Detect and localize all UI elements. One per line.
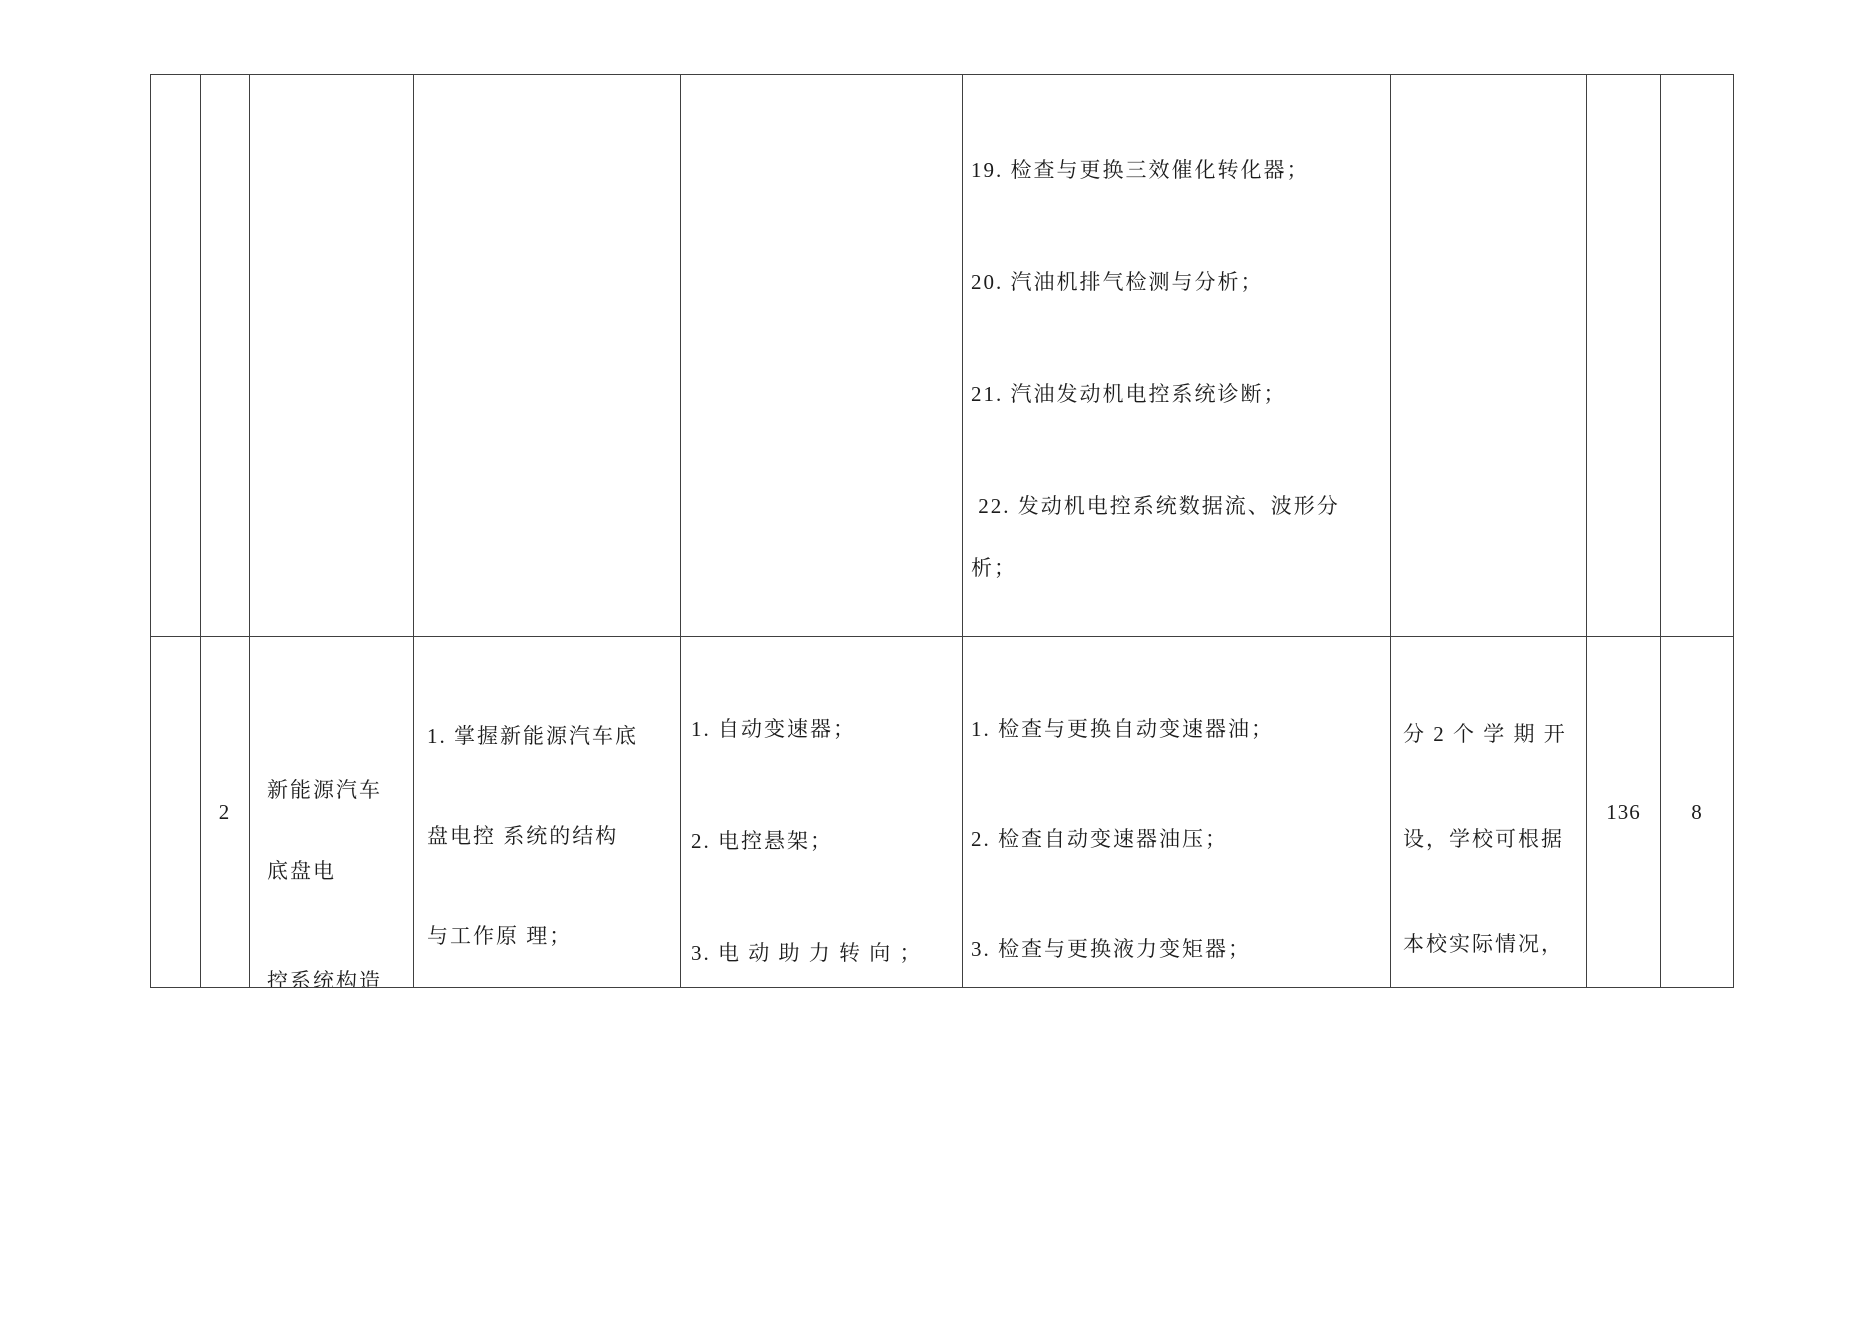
r2-objectives-cell: 1. 掌握新能源汽车底 盘电控 系统的结构 与工作原 理； 2. 掌握新能源汽车… [414,637,681,988]
r2-empty-col0 [151,637,201,988]
r2-course-name-cell: 新能源汽车 底盘电 控系统构造 与维修 [250,637,414,988]
content-item: 1. 自动变速器； [691,709,956,749]
credits-value: 8 [1691,800,1703,825]
semester-note-line: 本校实际情况， [1403,917,1578,972]
objective-line: 与工作原 理； [427,911,672,961]
r1-empty-col0 [151,75,201,637]
r1-empty-contents [681,75,963,637]
row-index: 2 [219,800,232,825]
r2-hours-cell: 136 [1587,637,1661,988]
r2-credits-cell: 8 [1661,637,1734,988]
task-item: 21. 汽油发动机电控系统诊断； [971,363,1384,425]
r1-empty-course [250,75,414,637]
r1-empty-credits [1661,75,1734,637]
task-item: 19. 检查与更换三效催化转化器； [971,139,1384,201]
r1-empty-index [201,75,250,637]
hours-value: 136 [1606,800,1641,825]
r2-index-cell: 2 [201,637,250,988]
r2-contents-cell: 1. 自动变速器； 2. 电控悬架； 3. 电 动 助 力 转 向 ； 4. A… [681,637,963,988]
r1-empty-hours [1587,75,1661,637]
r2-semester-note-cell: 分 2 个 学 期 开 设，学校可根据 本校实际情况， 采用理实一体化 教学法、… [1391,637,1587,988]
course-name-line: 底盘电 [267,856,403,887]
content-item: 2. 电控悬架； [691,821,956,861]
task-item: 22. 发动机电控系统数据流、波形分析； [971,475,1384,599]
r2-tasks-cell: 1. 检查与更换自动变速器油； 2. 检查自动变速器油压； 3. 检查与更换液力… [963,637,1391,988]
objective-line: 盘电控 系统的结构 [427,811,672,861]
task-item: 2. 检查自动变速器油压； [971,809,1384,869]
objective-line: 1. 掌握新能源汽车底 [427,711,672,761]
semester-note-line: 分 2 个 学 期 开 [1403,707,1578,762]
r1-tasks-cell: 19. 检查与更换三效催化转化器； 20. 汽油机排气检测与分析； 21. 汽油… [963,75,1391,637]
r1-empty-objectives [414,75,681,637]
content-item: 3. 电 动 助 力 转 向 ； [691,933,956,973]
task-item: 20. 汽油机排气检测与分析； [971,251,1384,313]
curriculum-table: 19. 检查与更换三效催化转化器； 20. 汽油机排气检测与分析； 21. 汽油… [150,74,1734,988]
course-name-line: 新能源汽车 [267,775,403,806]
course-name-line: 控系统构造 [267,966,403,988]
semester-note-line: 设，学校可根据 [1403,812,1578,867]
task-item: 1. 检查与更换自动变速器油； [971,699,1384,759]
task-item: 3. 检查与更换液力变矩器； [971,919,1384,979]
r1-empty-semester [1391,75,1587,637]
